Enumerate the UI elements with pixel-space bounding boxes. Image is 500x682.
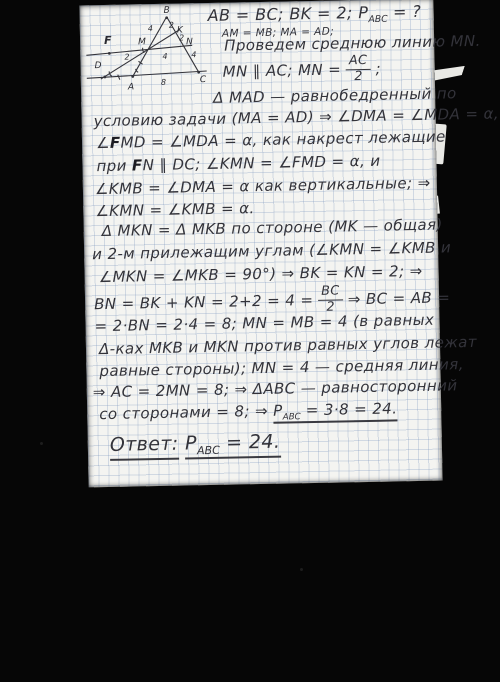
answer-label: Ответ: [110,433,179,461]
perimeter-subscript: ABC [283,412,301,422]
solution-step-7: ∠KMB = ∠DMA = α как вертикальные; ⇒ [95,175,431,199]
label-D: D [94,61,101,71]
photo-of-notebook-page: B K N M F D A C 2 2 4 4 4 8 2 AB = BC; B… [0,0,500,682]
solution-step-1: Проведем среднюю линию MN. [224,33,481,55]
point-F [108,52,111,55]
step17-computation: = 3·8 = 24. [306,399,398,419]
solution-step-5: ∠FMD = ∠MDA = α, как накрест лежащие [96,128,446,152]
measure-BK: 2 [169,21,174,30]
perimeter-subscript: ABC [368,14,387,25]
answer-number: = 24. [226,431,281,454]
label-C: C [200,75,207,85]
solution-step-6: при FN ∥ DC; ∠KMN = ∠FMD = α, и [96,153,380,176]
measure-KN: 2 [179,33,184,42]
geometry-diagram: B K N M F D A C 2 2 4 4 4 8 2 [79,3,221,102]
step2-end: ; [375,60,381,77]
tick-DA [118,75,120,80]
perimeter-symbol: P [185,432,197,454]
measure-MB: 4 [148,24,153,33]
graph-paper-sheet: B K N M F D A C 2 2 4 4 4 8 2 AB = BC; B… [79,0,442,487]
perimeter-symbol: P [358,3,368,22]
dust-speck [40,442,43,445]
dust-speck [300,568,303,571]
label-M: M [138,37,146,47]
perimeter-symbol: P [273,402,283,420]
fraction-BC-over-2: BC 2 [318,285,343,314]
label-F: F [104,34,112,47]
label-A: A [127,82,134,92]
solution-step-2: MN ∥ AC; MN = AC 2 ; [222,55,381,87]
solution-step-16: ⇒ AC = 2MN = 8; ⇒ ΔABC — равносторонний [93,377,458,401]
solution-step-13: = 2·BN = 2·4 = 8; MN = MB = 4 (в равных [94,312,434,336]
step2-text: MN ∥ AC; MN = [223,61,342,81]
fraction-numerator: BC [318,285,343,300]
answer-value-underlined: PABC = 24. [185,431,281,460]
fraction-denominator: 2 [354,70,363,84]
step12-end: ⇒ BC = AB = [348,289,451,308]
solution-step-17: со сторонами = 8; ⇒ PABC = 3·8 = 24. [99,400,397,426]
step5-bold-F: F [110,134,121,152]
label-N: N [186,37,193,47]
solution-step-9: Δ MKN = Δ MKB по стороне (MK — общая) [102,217,443,241]
fraction-numerator: AC [346,55,371,70]
measure-MN: 4 [162,52,167,61]
step6-bold-F: F [132,156,143,174]
measure-FM: 2 [124,52,129,61]
step6-pre: при [96,157,127,176]
step17-result-underlined: PABC = 3·8 = 24. [273,399,398,423]
step12-text: BN = BK + KN = 2+2 = 4 = [94,292,314,313]
answer-line: Ответ: PABC = 24. [110,432,281,460]
step17-pre: со сторонами = 8; ⇒ [99,402,268,423]
solution-step-8: ∠KMN = ∠KMB = α. [95,200,255,220]
measure-NC: 4 [191,50,196,59]
step5-rest: MD = ∠MDA = α, как накрест лежащие [120,127,445,151]
step6-rest: N ∥ DC; ∠KMN = ∠FMD = α, и [142,152,380,175]
solution-step-10: и 2-м прилежащим углам (∠KMN = ∠KMB и [92,239,451,263]
perimeter-subscript: ABC [197,444,220,457]
measure-AC: 8 [161,78,166,87]
step5-angle: ∠ [96,134,110,152]
solution-step-11: ∠MKN = ∠MKB = 90°) ⇒ BK = KN = 2; ⇒ [98,263,422,286]
fraction-AC-over-2: AC 2 [346,55,371,84]
given-equalities: AB = BC; BK = 2; [207,3,352,25]
solution-step-3: Δ MAD — равнобедренный по [213,85,457,107]
solution-step-14: Δ-ках MKB и MKN против равных углов лежа… [99,334,477,359]
question-mark: = ? [393,2,422,22]
label-B: B [163,6,169,16]
